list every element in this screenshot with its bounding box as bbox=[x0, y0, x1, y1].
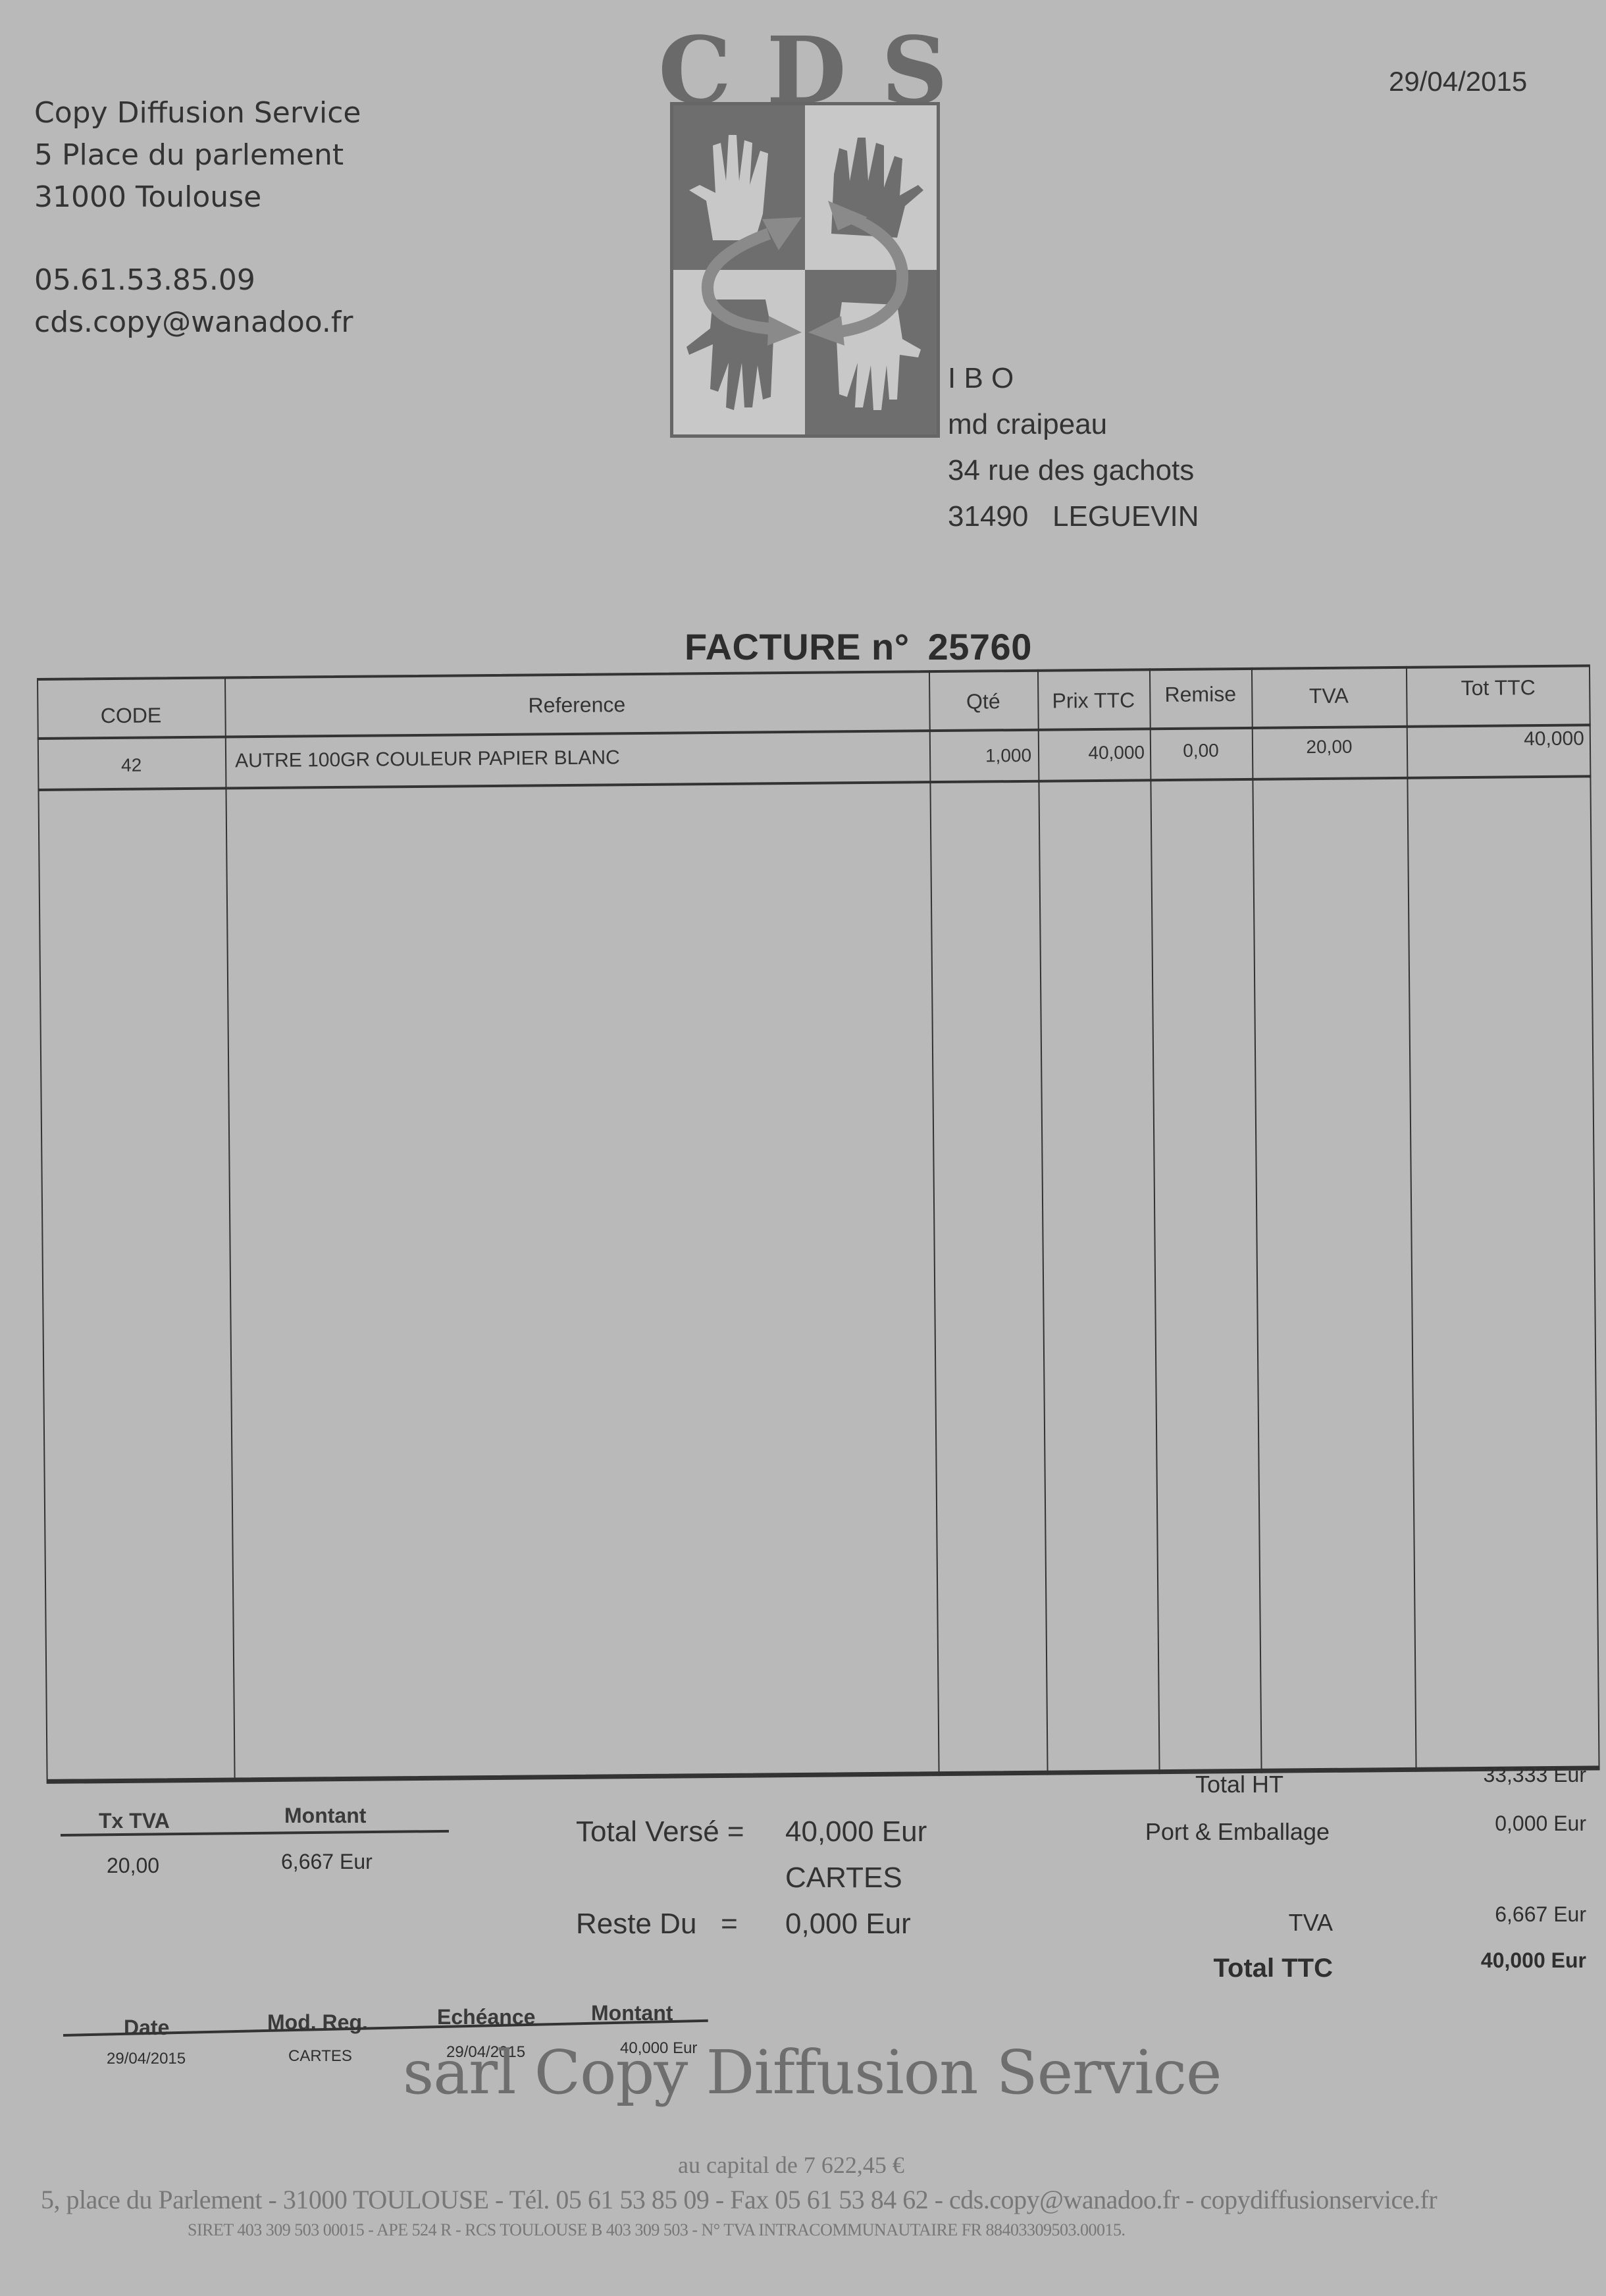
vat-rate-header: Tx TVA bbox=[99, 1809, 170, 1833]
column-header-code: CODE bbox=[37, 703, 224, 729]
recipient-block: I B O md craipeau 34 rue des gachots 314… bbox=[948, 355, 1199, 540]
logo-letter-c: C bbox=[658, 32, 731, 111]
vat-value: 6,667 Eur bbox=[1495, 1902, 1586, 1927]
shipping-value: 0,000 Eur bbox=[1495, 1812, 1586, 1836]
sender-email: cds.copy@wanadoo.fr bbox=[34, 301, 361, 344]
sender-phone: 05.61.53.85.09 bbox=[34, 259, 361, 301]
schedule-method: CARTES bbox=[288, 2047, 352, 2066]
logo-quadrant-bottom-left bbox=[673, 270, 805, 434]
total-ttc-value: 40,000 Eur bbox=[1481, 1948, 1586, 1973]
recipient-postal-code: 31490 bbox=[948, 500, 1028, 533]
footer-brand: sarl Copy Diffusion Service bbox=[403, 2037, 1221, 2108]
recipient-city: LEGUEVIN bbox=[1052, 500, 1199, 533]
total-ht-value: 33,333 Eur bbox=[1483, 1763, 1586, 1787]
four-hands-exchange-icon bbox=[670, 102, 940, 438]
sender-company: Copy Diffusion Service bbox=[34, 92, 361, 134]
column-header-qty: Qté bbox=[929, 689, 1037, 714]
vat-label: TVA bbox=[1093, 1909, 1333, 1937]
total-ht-label: Total HT bbox=[1093, 1771, 1283, 1798]
column-header-discount: Remise bbox=[1149, 682, 1251, 707]
column-header-unit-price: Prix TTC bbox=[1037, 688, 1149, 713]
remaining-value: 0,000 Eur bbox=[785, 1901, 911, 1947]
schedule-date: 29/04/2015 bbox=[107, 2050, 186, 2068]
hand-icon bbox=[805, 270, 937, 434]
shipping-label: Port & Emballage bbox=[1093, 1818, 1330, 1846]
schedule-header-date: Date bbox=[124, 2016, 169, 2040]
cell-total: 40,000 bbox=[1407, 727, 1584, 751]
column-header-vat: TVA bbox=[1251, 683, 1406, 709]
logo-quadrant-top-right bbox=[805, 105, 937, 270]
cell-reference: AUTRE 100GR COULEUR PAPIER BLANC bbox=[235, 746, 620, 772]
vat-rate-value: 20,00 bbox=[107, 1854, 159, 1878]
hand-icon bbox=[673, 270, 805, 434]
column-header-total: Tot TTC bbox=[1406, 675, 1590, 700]
footer-address: 5, place du Parlement - 31000 TOULOUSE -… bbox=[41, 2184, 1437, 2215]
hand-icon bbox=[805, 105, 937, 270]
payment-method: CARTES bbox=[785, 1855, 902, 1901]
logo-quadrant-bottom-right bbox=[805, 270, 937, 434]
vat-amount-header: Montant bbox=[284, 1804, 366, 1828]
hand-icon bbox=[673, 105, 805, 270]
cell-vat: 20,00 bbox=[1252, 736, 1407, 758]
vat-amount-value: 6,667 Eur bbox=[281, 1850, 373, 1874]
recipient-company: I B O bbox=[948, 355, 1199, 402]
sender-city: 31000 Toulouse bbox=[34, 176, 361, 219]
invoice-number: 25760 bbox=[928, 626, 1032, 667]
logo-quadrant-top-left bbox=[673, 105, 805, 270]
footer-legal: SIRET 403 309 503 00015 - APE 524 R - RC… bbox=[188, 2220, 1126, 2240]
cell-discount: 0,00 bbox=[1150, 740, 1252, 762]
total-ttc-label: Total TTC bbox=[1093, 1954, 1333, 1983]
cell-code: 42 bbox=[38, 754, 225, 777]
paid-label: Total Versé = bbox=[576, 1809, 785, 1855]
invoice-date: 29/04/2015 bbox=[1389, 66, 1527, 97]
paid-value: 40,000 Eur bbox=[785, 1809, 927, 1855]
remaining-label: Reste Du = bbox=[576, 1901, 785, 1947]
sender-street: 5 Place du parlement bbox=[34, 134, 361, 176]
recipient-city-line: 31490 LEGUEVIN bbox=[948, 494, 1199, 540]
recipient-contact: md craipeau bbox=[948, 402, 1199, 448]
cell-qty: 1,000 bbox=[929, 745, 1031, 767]
sender-block: Copy Diffusion Service 5 Place du parlem… bbox=[34, 92, 361, 344]
logo-wordmark: C D S bbox=[658, 32, 948, 111]
payment-summary: Total Versé =40,000 Eur CARTES Reste Du … bbox=[576, 1809, 927, 1947]
footer-capital: au capital de 7 622,45 € bbox=[678, 2151, 904, 2179]
invoice-title: FACTURE n°25760 bbox=[685, 625, 1032, 668]
recipient-street: 34 rue des gachots bbox=[948, 448, 1199, 494]
invoice-title-label: FACTURE n° bbox=[685, 626, 910, 667]
cell-unit-price: 40,000 bbox=[1038, 742, 1145, 764]
logo-letter-s: S bbox=[881, 32, 948, 111]
logo-letter-d: D bbox=[766, 32, 846, 111]
line-items-table: CODE Reference Qté Prix TTC Remise TVA T… bbox=[37, 664, 1600, 1784]
